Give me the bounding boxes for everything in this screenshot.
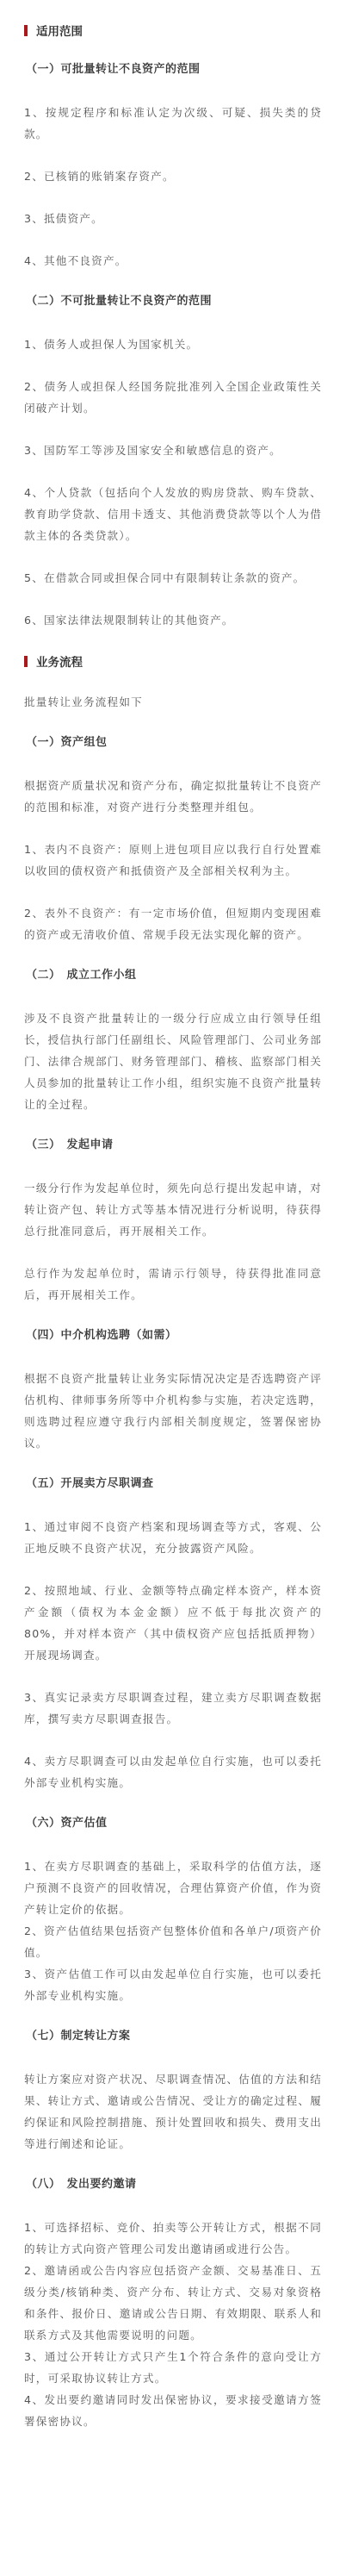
subsection-heading: （二） 成立工作小组 bbox=[26, 966, 322, 985]
document-content: 适用范围（一）可批量转让不良资产的范围1、按规定程序和标准认定为次级、可疑、损失… bbox=[24, 21, 322, 2432]
paragraph: 3、资产估值工作可以由发起单位自行实施，也可以委托外部专业机构实施。 bbox=[24, 1963, 322, 2006]
paragraph: 2、按照地域、行业、金额等特点确定样本资产，样本资产金额（债权为本金金额）应不低… bbox=[24, 1580, 322, 1666]
paragraph: 1、债务人或担保人为国家机关。 bbox=[24, 334, 322, 355]
paragraph: 转让方案应对资产状况、尽职调查情况、估值的方法和结果、转让方式、邀请或公告情况、… bbox=[24, 2068, 322, 2155]
paragraph: 根据不良资产批量转让业务实际情况决定是否选聘资产评估机构、律师事务所等中介机构参… bbox=[24, 1368, 322, 1454]
paragraph: 2、已核销的账销案存资产。 bbox=[24, 165, 322, 187]
paragraph: 1、按规定程序和标准认定为次级、可疑、损失类的贷款。 bbox=[24, 102, 322, 145]
paragraph: 1、通过审阅不良资产档案和现场调查等方式，客观、公正地反映不良资产状况，充分披露… bbox=[24, 1516, 322, 1559]
section-title: 业务流程 bbox=[36, 652, 83, 670]
paragraph: 4、卖方尽职调查可以由发起单位自行实施，也可以委托外部专业机构实施。 bbox=[24, 1750, 322, 1793]
paragraph: 1、表内不良资产：原则上进包项目应以我行自行处置难以收回的债权资产和抵债资产及全… bbox=[24, 839, 322, 882]
subsection-heading: （二）不可批量转让不良资产的范围 bbox=[26, 292, 322, 311]
subsection-heading: （七）制定转让方案 bbox=[26, 2027, 322, 2046]
paragraph: 2、表外不良资产：有一定市场价值，但短期内变现困难的资产或无清收价值、常规手段无… bbox=[24, 902, 322, 945]
paragraph: 3、国防军工等涉及国家安全和敏感信息的资产。 bbox=[24, 440, 322, 461]
section-marker-bar-icon bbox=[24, 25, 28, 36]
subsection-heading: （六）资产估值 bbox=[26, 1814, 322, 1833]
paragraph: 2、债务人或担保人经国务院批准列入全国企业政策性关闭破产计划。 bbox=[24, 376, 322, 419]
paragraph: 涉及不良资产批量转让的一级分行应成立由行领导任组长，授信执行部门任副组长、风险管… bbox=[24, 1007, 322, 1115]
paragraph: 5、在借款合同或担保合同中有限制转让条款的资产。 bbox=[24, 567, 322, 589]
section-heading: 适用范围 bbox=[24, 21, 322, 40]
subsection-heading: （四）中介机构选聘（如需） bbox=[26, 1326, 322, 1345]
section-heading: 业务流程 bbox=[24, 652, 322, 671]
paragraph: 一级分行作为发起单位时，须先向总行提出发起申请，对转让资产包、转让方式等基本情况… bbox=[24, 1177, 322, 1242]
paragraph: 1、可选择招标、竞价、拍卖等公开转让方式，根据不同的转让方式向资产管理公司发出邀… bbox=[24, 2217, 322, 2260]
paragraph: 4、其他不良资产。 bbox=[24, 250, 322, 271]
paragraph: 2、资产估值结果包括资产包整体价值和各单户/项资产价值。 bbox=[24, 1920, 322, 1963]
paragraph: 3、真实记录卖方尽职调查过程，建立卖方尽职调查数据库，撰写卖方尽职调查报告。 bbox=[24, 1687, 322, 1730]
subsection-heading: （五）开展卖方尽职调查 bbox=[26, 1475, 322, 1494]
subsection-heading: （一）可批量转让不良资产的范围 bbox=[26, 60, 322, 79]
paragraph: 根据资产质量状况和资产分布，确定拟批量转让不良资产的范围和标准，对资产进行分类整… bbox=[24, 775, 322, 818]
paragraph: 6、国家法律法规限制转让的其他资产。 bbox=[24, 609, 322, 631]
paragraph: 3、抵债资产。 bbox=[24, 208, 322, 229]
paragraph: 4、个人贷款（包括向个人发放的购房贷款、购车贷款、教育助学贷款、信用卡透支、其他… bbox=[24, 482, 322, 546]
paragraph: 3、通过公开转让方式只产生1个符合条件的意向受让方时，可采取协议转让方式。 bbox=[24, 2346, 322, 2389]
section-title: 适用范围 bbox=[36, 22, 83, 39]
paragraph: 1、在卖方尽职调查的基础上，采取科学的估值方法，逐户预测不良资产的回收情况，合理… bbox=[24, 1856, 322, 1920]
paragraph: 2、邀请函或公告内容应包括资产金额、交易基准日、五级分类/核销种类、资产分布、转… bbox=[24, 2260, 322, 2346]
paragraph: 批量转让业务流程如下 bbox=[24, 691, 322, 713]
section-marker-bar-icon bbox=[24, 656, 28, 667]
subsection-heading: （三） 发起申请 bbox=[26, 1136, 322, 1155]
subsection-heading: （一）资产组包 bbox=[26, 733, 322, 752]
paragraph: 4、发出要约邀请同时发出保密协议，要求接受邀请方签署保密协议。 bbox=[24, 2389, 322, 2432]
subsection-heading: （八） 发出要约邀请 bbox=[26, 2175, 322, 2194]
document-page: 适用范围（一）可批量转让不良资产的范围1、按规定程序和标准认定为次级、可疑、损失… bbox=[0, 0, 346, 2479]
paragraph: 总行作为发起单位时，需请示行领导，待获得批准同意后，再开展相关工作。 bbox=[24, 1263, 322, 1306]
